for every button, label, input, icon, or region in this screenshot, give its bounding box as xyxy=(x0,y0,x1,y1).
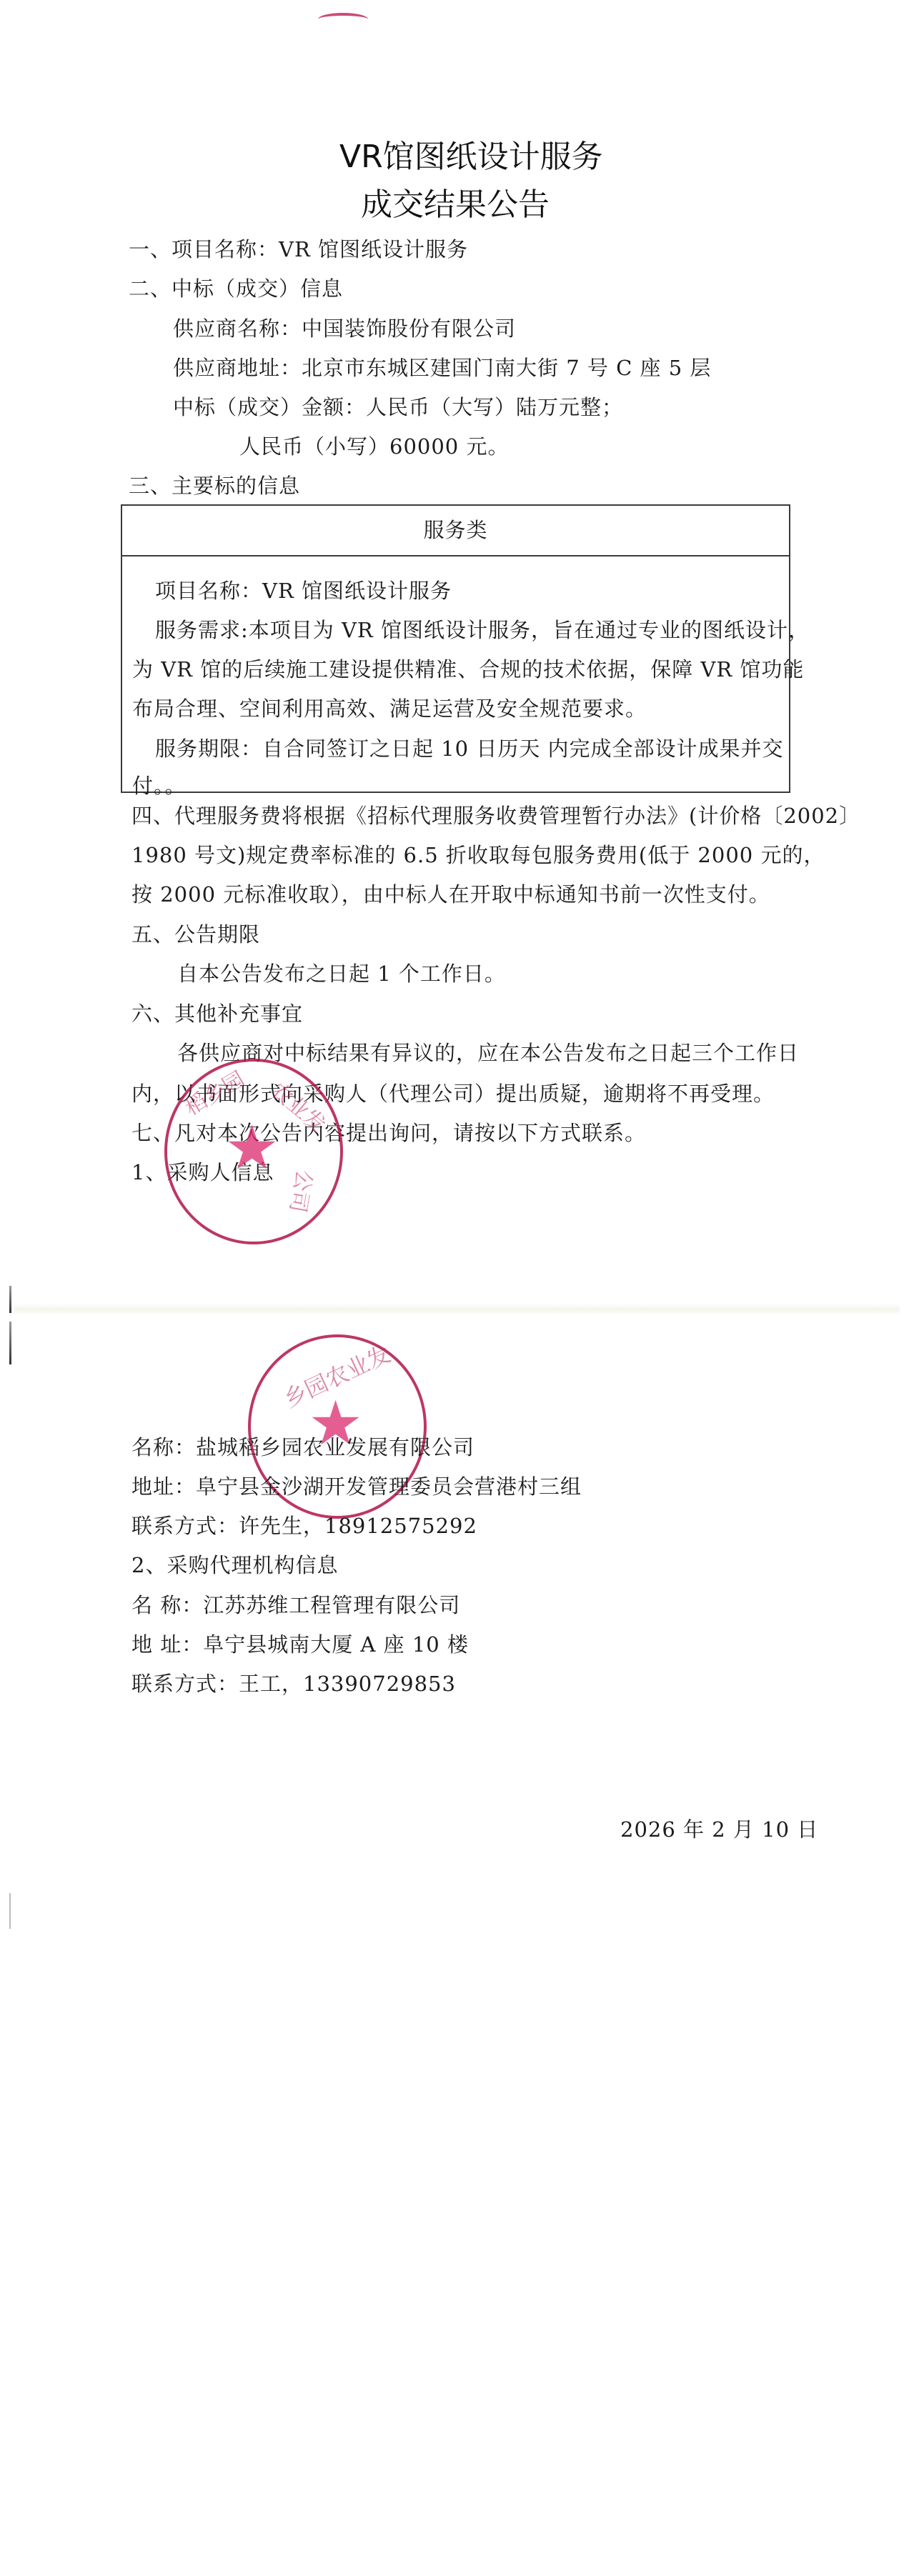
document-title: VR馆图纸设计服务 xyxy=(339,131,603,176)
agency-address: 地 址：阜宁县城南大厦 A 座 10 楼 xyxy=(131,1634,469,1655)
agency-name: 名 称：江苏苏维工程管理有限公司 xyxy=(131,1595,460,1616)
table-row: 服务期限：自合同签订之日起 10 日历天 内完成全部设计成果并交 xyxy=(155,733,784,762)
supplier-address: 供应商地址：北京市东城区建国门南大街 7 号 C 座 5 层 xyxy=(173,358,711,379)
section-subject-heading: 三、主要标的信息 xyxy=(129,476,300,496)
table-row: 付。。 xyxy=(132,770,187,799)
award-amount-lower: 人民币（小写）60000 元。 xyxy=(239,436,509,457)
section-period-heading: 五、公告期限 xyxy=(131,924,260,945)
page-edge xyxy=(9,1286,11,1313)
subject-info-table: 服务类 项目名称：VR 馆图纸设计服务 服务需求:本项目为 VR 馆图纸设计服务… xyxy=(121,504,790,793)
stamp-fragment xyxy=(318,13,368,26)
agency-fee-line: 按 2000 元标准收取），由中标人在开取中标通知书前一次性支付。 xyxy=(131,884,770,905)
table-row: 项目名称：VR 馆图纸设计服务 xyxy=(155,575,452,604)
table-row: 为 VR 馆的后续施工建设提供精准、合规的技术依据，保障 VR 馆功能 xyxy=(132,654,804,683)
purchaser-address: 地址：阜宁县金沙湖开发管理委员会营港村三组 xyxy=(131,1477,582,1497)
purchaser-name: 名称：盐城稻乡园农业发展有限公司 xyxy=(131,1437,475,1458)
table-row: 布局合理、空间利用高效、满足运营及安全规范要求。 xyxy=(132,693,647,722)
agency-info-heading: 2、采购代理机构信息 xyxy=(131,1555,338,1576)
agency-fee-line: 1980 号文)规定费率标准的 6.5 折收取每包服务费用(低于 2000 元的… xyxy=(131,845,825,866)
supplier-name: 供应商名称：中国装饰股份有限公司 xyxy=(173,319,516,339)
seal-text: 公司 xyxy=(284,1168,322,1216)
section-award-heading: 二、中标（成交）信息 xyxy=(129,279,343,299)
page-edge xyxy=(9,1893,11,1929)
objection-line: 各供应商对中标结果有异议的，应在本公告发布之日起三个工作日 xyxy=(177,1043,799,1064)
section-contact-heading: 七、凡对本次公告内容提出询问，请按以下方式联系。 xyxy=(131,1123,646,1144)
purchaser-contact: 联系方式：许先生，18912575292 xyxy=(131,1516,477,1537)
section-period-text: 自本公告发布之日起 1 个工作日。 xyxy=(177,964,506,984)
agency-contact: 联系方式：王工，13390729853 xyxy=(131,1674,456,1694)
table-header: 服务类 xyxy=(122,506,789,556)
announcement-date: 2026 年 2 月 10 日 xyxy=(620,1819,818,1840)
award-amount-upper: 中标（成交）金额：人民币（大写）陆万元整； xyxy=(173,397,623,418)
section-other-heading: 六、其他补充事宜 xyxy=(131,1004,303,1024)
objection-line: 内，以书面形式向采购人（代理公司）提出质疑，逾期将不再受理。 xyxy=(131,1084,775,1104)
table-header-label: 服务类 xyxy=(423,520,487,541)
purchaser-info-heading: 1、采购人信息 xyxy=(131,1162,274,1183)
section-project-name: 一、项目名称：VR 馆图纸设计服务 xyxy=(129,239,468,260)
agency-fee-line: 四、代理服务费将根据《招标代理服务收费管理暂行办法》(计价格〔2002〕 xyxy=(131,806,860,827)
document-subtitle: 成交结果公告 xyxy=(361,179,550,224)
table-row: 服务需求:本项目为 VR 馆图纸设计服务，旨在通过专业的图纸设计， xyxy=(155,614,810,644)
page-break xyxy=(14,1304,900,1315)
page-edge xyxy=(9,1322,11,1364)
seal-text: 乡园农业发 xyxy=(278,1336,395,1414)
